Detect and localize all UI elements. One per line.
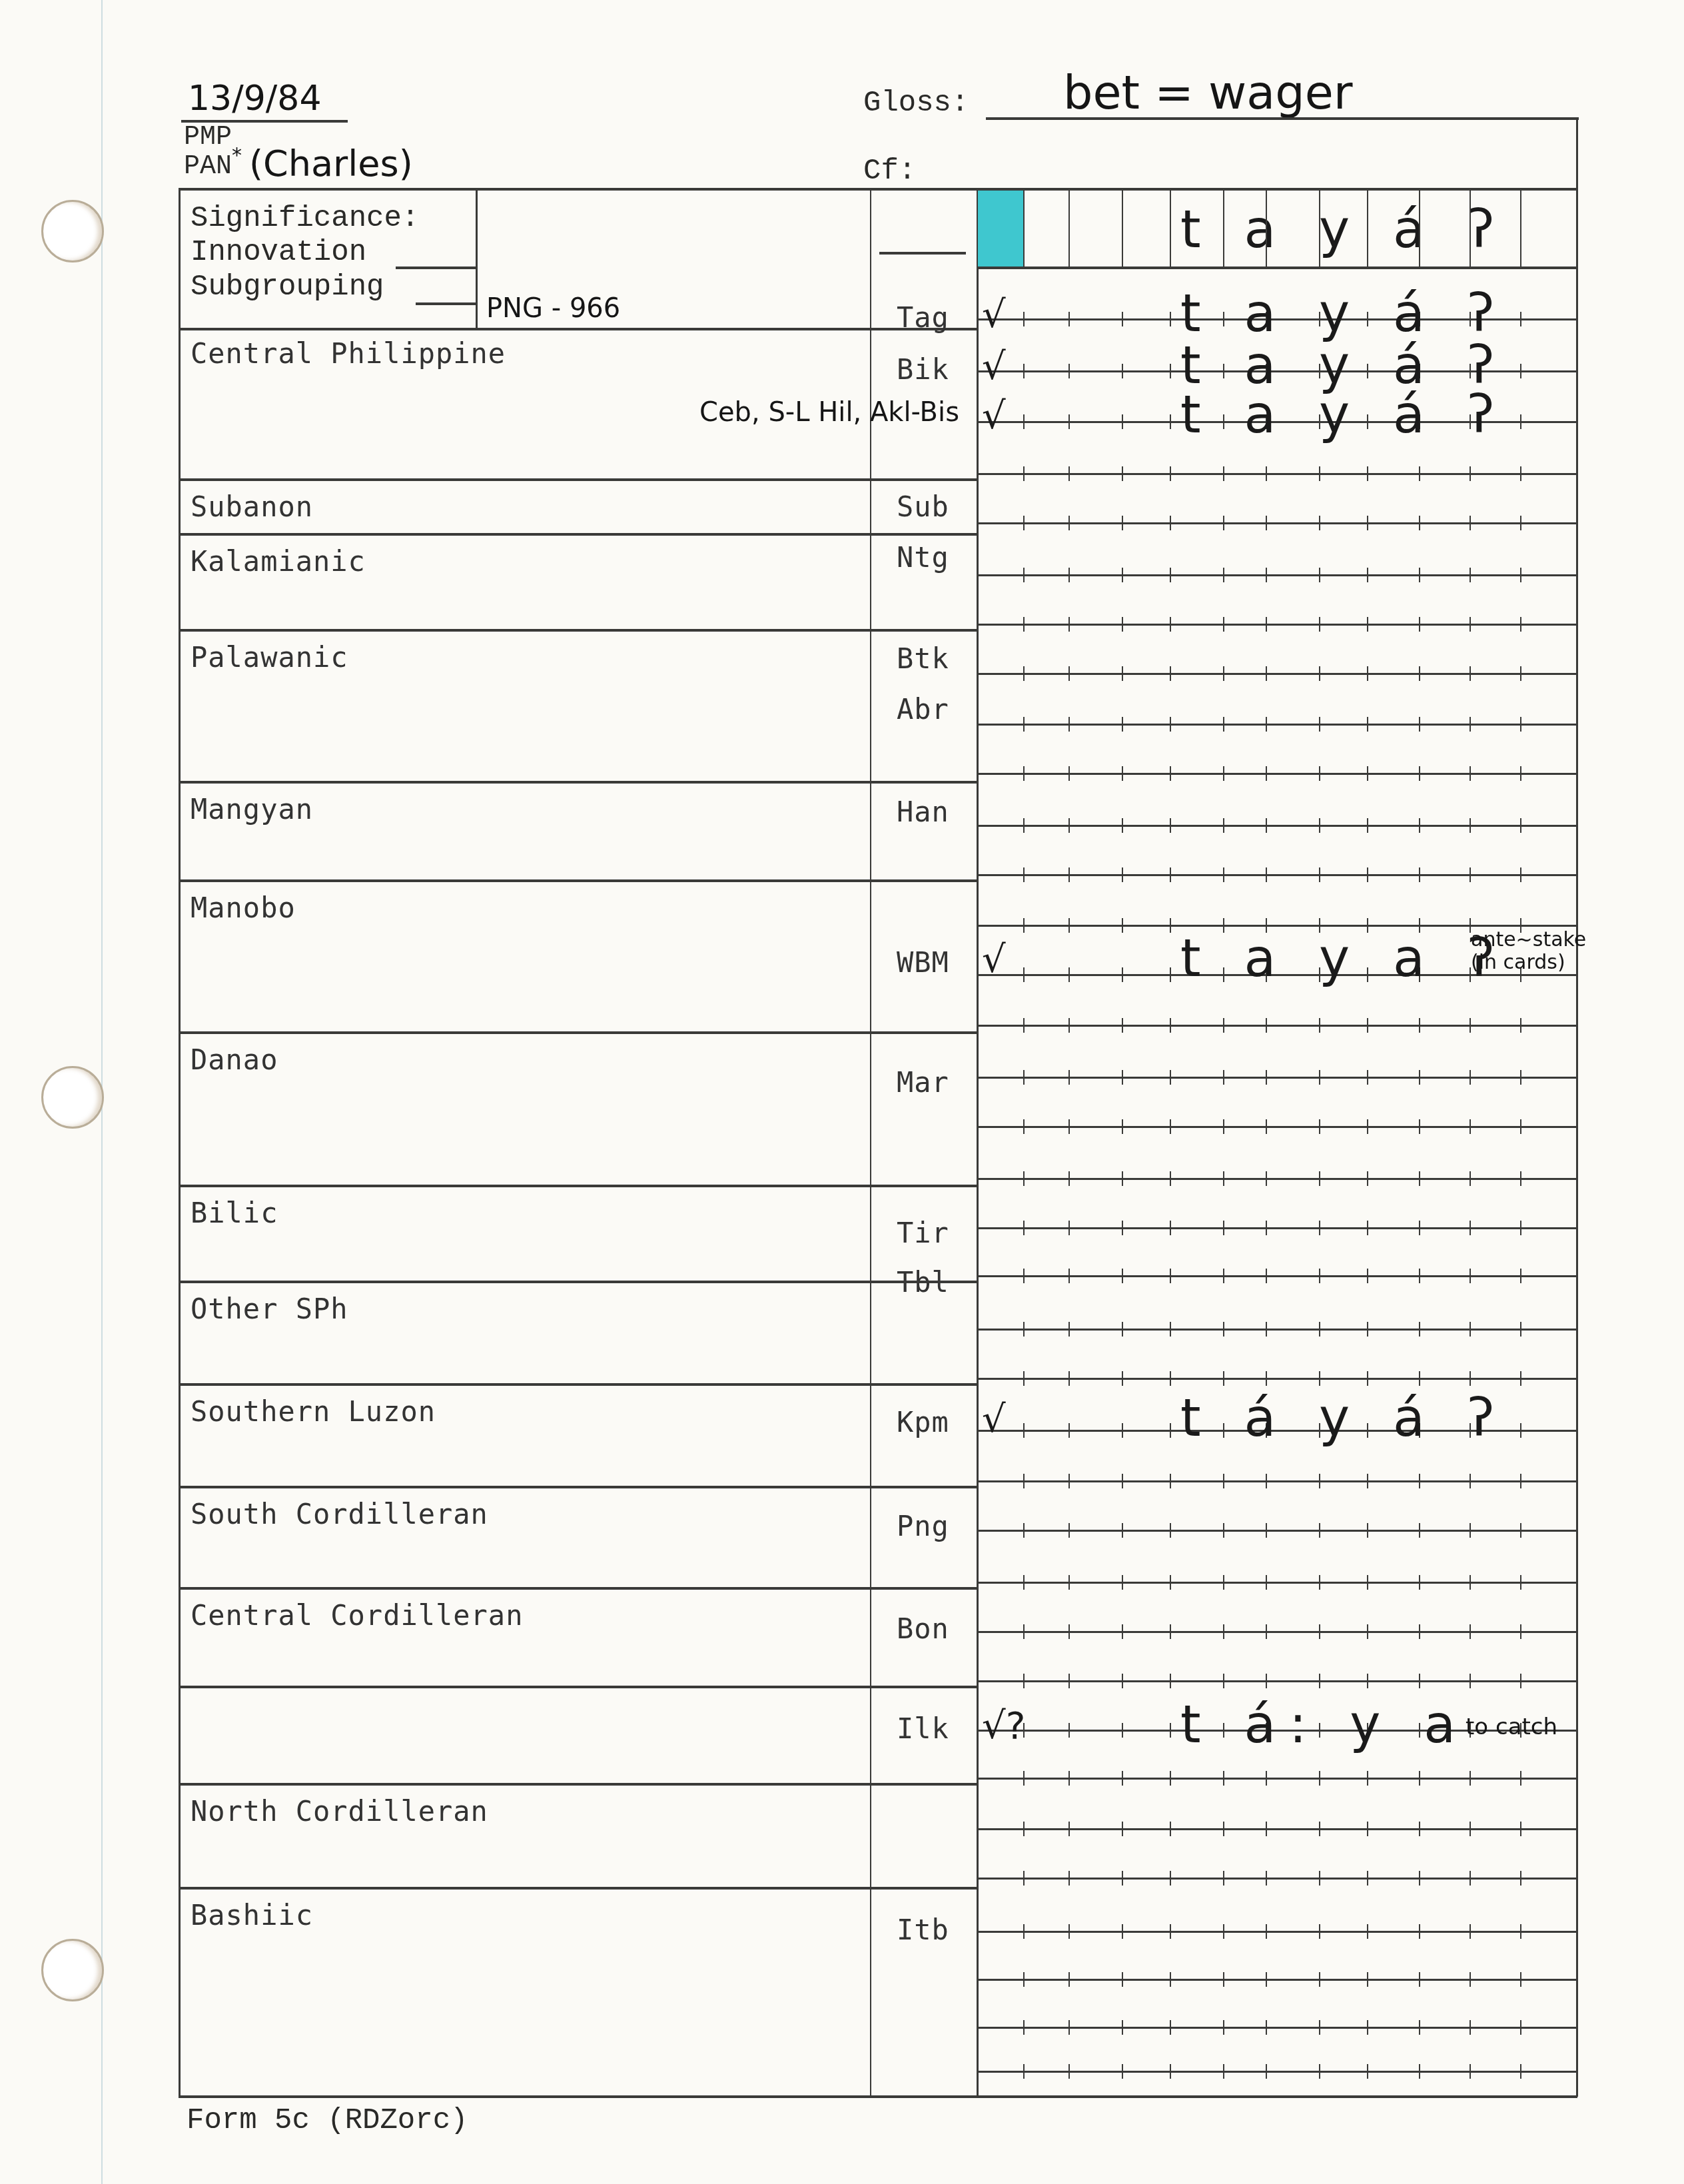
form-tick	[1223, 466, 1224, 481]
punch-hole-bottom	[41, 1939, 104, 2001]
form-tick	[1023, 1674, 1025, 1688]
cognate-form[interactable]: t a y a ʔ	[1180, 929, 1507, 989]
form-tick	[1266, 1924, 1267, 1939]
group-divider	[179, 1031, 978, 1034]
form-tick	[1223, 666, 1224, 681]
check-mark-icon: √	[982, 293, 1006, 336]
form-tick	[1170, 312, 1171, 326]
form-tick	[1520, 2064, 1521, 2079]
form-tick	[1520, 1822, 1521, 1836]
form-tick	[1223, 516, 1224, 530]
form-tick	[1367, 867, 1368, 882]
form-tick	[1419, 1018, 1420, 1033]
form-tick	[1520, 1871, 1521, 1886]
form-tick	[1068, 2020, 1070, 2035]
form-tick	[1223, 818, 1224, 833]
form-tick	[1470, 867, 1471, 882]
form-tick	[1170, 1624, 1171, 1639]
form-tick	[1319, 867, 1320, 882]
form-tick	[1068, 2064, 1070, 2079]
form-tick	[1419, 867, 1420, 882]
form-tick	[1023, 1171, 1025, 1186]
form-tick	[1266, 666, 1267, 681]
form-tick	[1367, 818, 1368, 833]
form-ruled-line	[977, 1530, 1577, 1532]
form-tick	[1266, 867, 1267, 882]
form-ruled-line	[977, 1126, 1577, 1128]
subgrouping-blank[interactable]	[416, 302, 476, 305]
table-bottom-border	[179, 2095, 1577, 2098]
form-tick	[1223, 1221, 1224, 1235]
form-tick	[1367, 717, 1368, 732]
form-tick	[1170, 466, 1171, 481]
form-tick	[1170, 1523, 1171, 1538]
form-tick	[1520, 2020, 1521, 2035]
form-tick	[1223, 1871, 1224, 1886]
form-tick	[1068, 967, 1070, 982]
form-ruled-line	[977, 624, 1577, 626]
form-tick	[1319, 1171, 1320, 1186]
protolang-pan: PAN	[184, 152, 232, 182]
form-tick	[1170, 1972, 1171, 1987]
form-tick	[1266, 2064, 1267, 2079]
form-tick	[1470, 1171, 1471, 1186]
form-tick	[1319, 1119, 1320, 1134]
form-tick	[1068, 1822, 1070, 1836]
form-tick	[1068, 617, 1070, 632]
form-tick	[1023, 1371, 1025, 1386]
form-tick	[1367, 1972, 1368, 1987]
group-name: Manobo	[191, 891, 296, 924]
group-name: Kalamianic	[191, 545, 366, 578]
form-tick	[1023, 717, 1025, 732]
form-tick	[1223, 1171, 1224, 1186]
form-tick	[1068, 1972, 1070, 1987]
form-tick	[1068, 1624, 1070, 1639]
form-ruled-line	[977, 2027, 1577, 2029]
date: 13/9/84	[188, 79, 321, 119]
language-code: Ntg	[897, 541, 949, 574]
form-tick	[1223, 1269, 1224, 1283]
form-tick	[1266, 617, 1267, 632]
form-ruled-line	[977, 1077, 1577, 1079]
check-mark-icon: √	[982, 345, 1006, 388]
form-ruled-line	[977, 1931, 1577, 1933]
form-tick	[1122, 717, 1123, 732]
reconstruction-form: t a y á ʔ	[1180, 200, 1507, 260]
form-tick	[1367, 568, 1368, 582]
form-tick	[1470, 1871, 1471, 1886]
form-tick	[1470, 1070, 1471, 1085]
form-tick	[1068, 766, 1070, 781]
form-tick	[1122, 1771, 1123, 1786]
form-tick	[1266, 1575, 1267, 1590]
form-tick	[1367, 1624, 1368, 1639]
form-tick	[1170, 967, 1171, 982]
form-tick	[1319, 1371, 1320, 1386]
form-tick	[1520, 1474, 1521, 1488]
form-tick	[1367, 1018, 1368, 1033]
protolang-note: (Charles)	[249, 143, 413, 185]
form-tick	[1266, 1018, 1267, 1033]
form-tick	[1023, 2064, 1025, 2079]
group-divider	[179, 1281, 978, 1283]
gloss-label: Gloss:	[863, 87, 969, 120]
gloss-value[interactable]: bet = wager	[1063, 65, 1353, 120]
form-tick	[1470, 1924, 1471, 1939]
form-tick	[1122, 414, 1123, 429]
form-tick	[1520, 1674, 1521, 1688]
form-tick	[1023, 766, 1025, 781]
form-tick	[1520, 867, 1521, 882]
form-tick	[1367, 2020, 1368, 2035]
form-tick	[1023, 364, 1025, 378]
form-tick	[1520, 1575, 1521, 1590]
form-tick	[1266, 1624, 1267, 1639]
form-tick	[1068, 1423, 1070, 1438]
form-tick	[1122, 766, 1123, 781]
form-tick	[1170, 1474, 1171, 1488]
form-tick	[1122, 1822, 1123, 1836]
form-tick	[1470, 1269, 1471, 1283]
group-name: Southern Luzon	[191, 1395, 436, 1428]
form-tick	[1367, 2064, 1368, 2079]
check-mark-icon: √?	[982, 1704, 1025, 1748]
form-tick	[1266, 516, 1267, 530]
form-tick	[1170, 414, 1171, 429]
form-tick	[1122, 617, 1123, 632]
form-tick	[1223, 1371, 1224, 1386]
form-tick	[1367, 666, 1368, 681]
form-tick	[1170, 717, 1171, 732]
form-tick	[1170, 568, 1171, 582]
form-tick	[1223, 1523, 1224, 1538]
form-tick	[1470, 1322, 1471, 1337]
form-tick	[1367, 1523, 1368, 1538]
form-tick	[1266, 766, 1267, 781]
form-tick	[1068, 918, 1070, 933]
form-tick	[1266, 818, 1267, 833]
form-tick	[1470, 1371, 1471, 1386]
form-tick	[1470, 466, 1471, 481]
form-tick	[1419, 1822, 1420, 1836]
form-ruled-line	[977, 925, 1577, 927]
form-tick	[1419, 466, 1420, 481]
form-tick	[1068, 1322, 1070, 1337]
form-tick	[1170, 867, 1171, 882]
form-tick	[1122, 1624, 1123, 1639]
form-tick	[1023, 1018, 1025, 1033]
form-tick	[1419, 1221, 1420, 1235]
form-tick	[1223, 1924, 1224, 1939]
form-tick	[1223, 1674, 1224, 1688]
form-tick	[1223, 2020, 1224, 2035]
form-tick	[1470, 717, 1471, 732]
form-tick	[1170, 1771, 1171, 1786]
form-tick	[1319, 717, 1320, 732]
significance-title: Significance:	[191, 201, 419, 236]
form-tick	[1470, 1018, 1471, 1033]
language-code: Kpm	[897, 1406, 949, 1438]
form-tick	[1068, 1171, 1070, 1186]
form-tick	[1367, 1269, 1368, 1283]
group-divider	[179, 1686, 978, 1688]
group-divider	[179, 1587, 978, 1590]
group-name: Bashiic	[191, 1899, 313, 1931]
form-tick	[1122, 666, 1123, 681]
form-tick	[1419, 1624, 1420, 1639]
form-tick	[1367, 1822, 1368, 1836]
cognate-form[interactable]: t á y á ʔ	[1180, 1388, 1507, 1448]
form-tick	[1068, 1070, 1070, 1085]
form-ruled-line	[977, 1480, 1577, 1482]
form-tick	[1170, 818, 1171, 833]
form-tick	[1319, 1624, 1320, 1639]
form-tick	[1223, 1771, 1224, 1786]
form-tick	[1122, 1221, 1123, 1235]
form-tick	[1023, 1070, 1025, 1085]
form-tick	[1068, 1575, 1070, 1590]
form-tick	[1266, 1171, 1267, 1186]
form-tick	[1068, 568, 1070, 582]
form-tick	[1470, 1674, 1471, 1688]
form-tick	[1122, 1474, 1123, 1488]
subgrouping-label: Subgrouping	[191, 271, 384, 304]
form-ruled-line	[977, 825, 1577, 827]
form-tick	[1023, 1924, 1025, 1939]
cell-divider	[1470, 191, 1471, 267]
form-tick	[1068, 1119, 1070, 1134]
language-code: Png	[897, 1510, 949, 1542]
form-tick	[1023, 1523, 1025, 1538]
form-tick	[1122, 1119, 1123, 1134]
cell-divider	[1367, 191, 1368, 267]
cell-divider	[1266, 191, 1267, 267]
form-tick	[1122, 568, 1123, 582]
form-tick	[1223, 1822, 1224, 1836]
form-tick	[1470, 1474, 1471, 1488]
form-tick	[1122, 1070, 1123, 1085]
group-name: Mangyan	[191, 793, 313, 825]
form-tick	[1266, 1822, 1267, 1836]
form-tick	[1470, 2020, 1471, 2035]
form-tick	[1023, 1221, 1025, 1235]
gloss-box-right	[1576, 117, 1578, 192]
form-tick	[1319, 1070, 1320, 1085]
form-tick	[1520, 1221, 1521, 1235]
form-tick	[1170, 2064, 1171, 2079]
form-tick	[1319, 1674, 1320, 1688]
form-tick	[1419, 818, 1420, 833]
form-tick	[1419, 1924, 1420, 1939]
form-tick	[1520, 766, 1521, 781]
reconstruction-underline	[977, 267, 1577, 269]
form-tick	[1367, 1371, 1368, 1386]
gloss-underline	[986, 117, 1579, 120]
form-tick	[1023, 1322, 1025, 1337]
cognate-form[interactable]: t a y á ʔ	[1180, 284, 1507, 344]
form-tick	[1023, 918, 1025, 933]
form-tick	[1367, 1474, 1368, 1488]
form-ruled-line	[977, 724, 1577, 726]
form-tick	[1367, 1119, 1368, 1134]
form-tick	[1520, 1523, 1521, 1538]
language-code: Han	[897, 796, 949, 828]
form-tick	[1520, 1624, 1521, 1639]
form-tick	[1122, 818, 1123, 833]
form-tick	[1419, 1871, 1420, 1886]
group-divider	[179, 1783, 978, 1786]
form-tick	[1223, 2064, 1224, 2079]
form-tick	[1122, 867, 1123, 882]
form-tick	[1023, 1972, 1025, 1987]
form-tick	[1023, 1771, 1025, 1786]
form-tick	[1470, 818, 1471, 833]
form-tick	[1068, 364, 1070, 378]
form-tick	[1170, 1221, 1171, 1235]
form-tick	[1068, 466, 1070, 481]
form-tick	[1319, 1322, 1320, 1337]
form-tick	[1319, 766, 1320, 781]
table-left-border	[179, 188, 181, 2097]
form-tick	[1319, 1972, 1320, 1987]
gloss-note: ante~stake (in cards)	[1471, 929, 1604, 974]
form-tick	[1170, 364, 1171, 378]
cognate-form[interactable]: t a y á ʔ	[1180, 385, 1507, 445]
form-tick	[1470, 1771, 1471, 1786]
form-tick	[1266, 1771, 1267, 1786]
form-tick	[1520, 717, 1521, 732]
form-tick	[1470, 1523, 1471, 1538]
form-ruled-line	[977, 1378, 1577, 1380]
form-ruled-line	[977, 1631, 1577, 1633]
form-tick	[1470, 1221, 1471, 1235]
form-tick	[1122, 1871, 1123, 1886]
form-ruled-line	[977, 1979, 1577, 1981]
form-tick	[1068, 1723, 1070, 1738]
form-tick	[1367, 1221, 1368, 1235]
form-tick	[1319, 1523, 1320, 1538]
check-mark-icon: √	[982, 938, 1006, 981]
form-tick	[1520, 516, 1521, 530]
form-tick	[1223, 1322, 1224, 1337]
form-tick	[1319, 617, 1320, 632]
form-tick	[1266, 1871, 1267, 1886]
form-tick	[1266, 1269, 1267, 1283]
form-tick	[1520, 312, 1521, 326]
form-tick	[1122, 2064, 1123, 2079]
form-tick	[1419, 1474, 1420, 1488]
form-tick	[1266, 568, 1267, 582]
form-tick	[1367, 1171, 1368, 1186]
group-name: South Cordilleran	[191, 1498, 488, 1530]
form-tick	[1122, 1423, 1123, 1438]
cognate-form[interactable]: t á: y a	[1180, 1695, 1469, 1755]
form-tick	[1068, 1871, 1070, 1886]
form-tick	[1122, 1924, 1123, 1939]
form-tick	[1223, 1018, 1224, 1033]
form-tick	[1023, 466, 1025, 481]
form-tick	[1122, 1269, 1123, 1283]
form-tick	[1170, 1423, 1171, 1438]
form-tick	[1170, 1269, 1171, 1283]
form-tick	[1470, 1972, 1471, 1987]
form-tick	[1520, 1269, 1521, 1283]
reference-number: PNG - 966	[486, 293, 620, 324]
form-tick	[1319, 1575, 1320, 1590]
form-tick	[1319, 1221, 1320, 1235]
form-ruled-line	[977, 773, 1577, 775]
group-name: Other SPh	[191, 1293, 348, 1325]
form-id: Form 5c (RDZorc)	[187, 2104, 468, 2137]
form-tick	[1170, 1575, 1171, 1590]
language-code: Ceb, S-L Hil, Akl-Bis	[699, 397, 959, 428]
form-ruled-line	[977, 473, 1577, 475]
form-tick	[1367, 766, 1368, 781]
innovation-blank[interactable]	[396, 267, 476, 269]
form-tick	[1470, 1624, 1471, 1639]
form-tick	[1319, 1018, 1320, 1033]
form-tick	[1023, 1269, 1025, 1283]
form-tick	[1068, 1269, 1070, 1283]
form-ruled-line	[977, 1227, 1577, 1229]
group-divider	[179, 478, 978, 481]
form-tick	[1023, 1822, 1025, 1836]
form-tick	[1419, 1269, 1420, 1283]
highlight-cell	[978, 191, 1023, 267]
form-tick	[1367, 617, 1368, 632]
form-ruled-line	[977, 574, 1577, 576]
form-tick	[1170, 1822, 1171, 1836]
form-tick	[1470, 1822, 1471, 1836]
form-tick	[1520, 1119, 1521, 1134]
form-tick	[1122, 312, 1123, 326]
form-tick	[1319, 1771, 1320, 1786]
form-tick	[1170, 1371, 1171, 1386]
form-tick	[1170, 1924, 1171, 1939]
language-code: Sub	[897, 490, 949, 523]
form-tick	[1419, 1523, 1420, 1538]
form-tick	[1023, 967, 1025, 982]
cell-divider	[1223, 191, 1224, 267]
form-tick	[1520, 1972, 1521, 1987]
form-ruled-line	[977, 1275, 1577, 1277]
form-tick	[1419, 766, 1420, 781]
form-tick	[1319, 516, 1320, 530]
form-tick	[1170, 666, 1171, 681]
form-tick	[1266, 1221, 1267, 1235]
form-tick	[1170, 617, 1171, 632]
form-tick	[1023, 1575, 1025, 1590]
language-code: WBM	[897, 946, 949, 979]
form-tick	[1023, 1624, 1025, 1639]
form-tick	[1520, 1924, 1521, 1939]
form-tick	[1170, 1070, 1171, 1085]
check-mark-icon: √	[982, 394, 1006, 438]
form-ruled-line	[977, 1778, 1577, 1780]
form-tick	[1223, 617, 1224, 632]
form-ruled-line	[977, 673, 1577, 675]
form-tick	[1122, 918, 1123, 933]
form-tick	[1419, 1771, 1420, 1786]
form-tick	[1520, 364, 1521, 378]
form-tick	[1319, 1871, 1320, 1886]
form-tick	[1319, 818, 1320, 833]
form-tick	[1223, 568, 1224, 582]
form-tick	[1068, 1474, 1070, 1488]
form-tick	[1367, 466, 1368, 481]
form-tick	[1068, 1771, 1070, 1786]
